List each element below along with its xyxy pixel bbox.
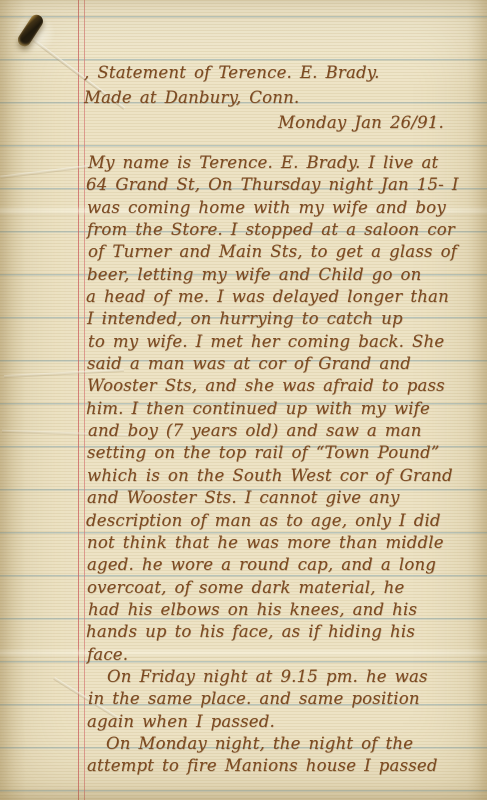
handwritten-line: him. I then continued up with my wife (86, 398, 478, 420)
handwritten-line: Wooster Sts, and she was afraid to pass (87, 375, 479, 397)
handwritten-line: to my wife. I met her coming back. She (88, 331, 480, 353)
handwritten-line: setting on the top rail of “Town Pound” (87, 442, 479, 464)
handwritten-line: beer, letting my wife and Child go on (87, 264, 479, 286)
handwritten-line: had his elbows on his knees, and his (88, 599, 480, 621)
handwritten-line: said a man was at cor of Grand and (87, 353, 479, 375)
statement-body: My name is Terence. E. Brady. I live at6… (87, 152, 479, 778)
handwritten-line: of Turner and Main Sts, to get a glass o… (88, 241, 480, 263)
handwritten-line: hands up to his face, as if hiding his (86, 621, 478, 643)
handwritten-line: face. (87, 644, 479, 666)
handwritten-line: from the Store. I stopped at a saloon co… (87, 219, 479, 241)
handwritten-line: description of man as to age, only I did (86, 510, 478, 532)
handwritten-line: and boy (7 years old) and saw a man (88, 420, 480, 442)
handwritten-line: was coming home with my wife and boy (87, 197, 479, 219)
crease-line (0, 164, 95, 179)
handwritten-line: My name is Terence. E. Brady. I live at (88, 152, 480, 174)
handwritten-line: aged. he wore a round cap, and a long (87, 554, 479, 576)
statement-header: , Statement of Terence. E. Brady. Made a… (84, 60, 444, 135)
handwritten-line: On Monday night, the night of the (86, 733, 478, 755)
document-page: , Statement of Terence. E. Brady. Made a… (0, 0, 487, 800)
statement-date: Monday Jan 26/91. (84, 110, 444, 135)
statement-title: , Statement of Terence. E. Brady. (84, 60, 444, 85)
handwritten-line: attempt to fire Manions house I passed (87, 755, 479, 777)
handwritten-line: 64 Grand St, On Thursday night Jan 15- I (86, 174, 478, 196)
handwritten-line: which is on the South West cor of Grand (87, 465, 479, 487)
handwritten-line: not think that he was more than middle (87, 532, 479, 554)
handwritten-line: in the same place. and same position (88, 688, 480, 710)
handwritten-line: overcoat, of some dark material, he (87, 577, 479, 599)
handwritten-line: a head of me. I was delayed longer than (86, 286, 478, 308)
handwritten-line: again when I passed. (87, 711, 479, 733)
statement-location: Made at Danbury, Conn. (84, 85, 444, 110)
handwritten-line: On Friday night at 9.15 pm. he was (87, 666, 479, 688)
handwritten-line: I intended, on hurrying to catch up (87, 308, 479, 330)
handwritten-line: and Wooster Sts. I cannot give any (87, 487, 479, 509)
